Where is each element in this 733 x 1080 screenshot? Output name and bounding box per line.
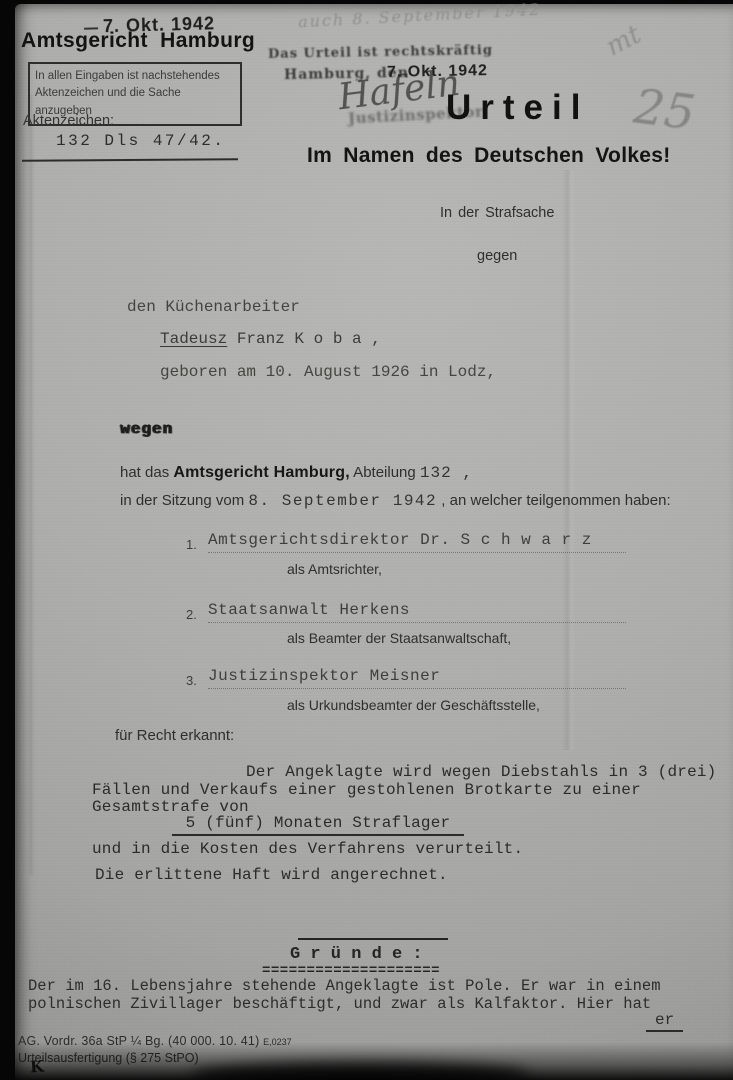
participant-3-role: als Urkundsbeamter der Geschäftsstelle, [287, 697, 540, 713]
court-dept-tail: , [452, 464, 473, 482]
verdict-line-1: Der Angeklagte wird wegen Diebstahls in … [246, 763, 716, 781]
participant-2-row: Staatsanwalt Herkens [208, 601, 626, 623]
verdict-haft-line: Die erlittene Haft wird angerechnet. [95, 866, 448, 884]
defendant-occupation: den Küchenarbeiter [127, 298, 300, 316]
file-number-label: Aktenzeichen: [23, 113, 114, 129]
court-name-heading: Amtsgericht Hamburg [21, 29, 255, 53]
court-session-line1: hat das Amtsgericht Hamburg, Abteilung 1… [120, 464, 473, 482]
participant-3-number: 3. [186, 673, 197, 688]
gruende-heading: G r ü n d e : [290, 945, 423, 964]
judgment-subtitle: Im Namen des Deutschen Volkes! [307, 144, 671, 168]
participant-2-name: Staatsanwalt Herkens [208, 601, 626, 623]
pencil-page-number: 25 [631, 78, 698, 141]
court-session-line2: in der Sitzung vom 8. September 1942 , a… [120, 492, 671, 510]
court-dept-label: Abteilung [350, 464, 420, 481]
participant-1-role: als Amtsrichter, [287, 561, 382, 577]
gegen-line: gegen [477, 248, 517, 264]
participant-1-row: Amtsgerichtsdirektor Dr. S c h w a r z [208, 531, 626, 553]
verdict-sentence-underlined: 5 (fünf) Monaten Straflager [172, 814, 464, 836]
participant-2-role: als Beamter der Staatsanwaltschaft, [287, 630, 511, 646]
judgment-title: Urteil [446, 88, 589, 128]
participant-2-number: 2. [186, 607, 197, 622]
defendant-rest-name: Franz K o b a , [227, 330, 381, 348]
fuer-recht-erkannt-line: für Recht erkannt: [115, 727, 234, 744]
reasons-line-1: Der im 16. Lebensjahre stehende Angeklag… [28, 977, 661, 995]
wegen-line: wegen [120, 420, 173, 438]
verdict-line-2: Fällen und Verkaufs einer gestohlenen Br… [92, 781, 641, 799]
paper-edge-line [30, 95, 32, 875]
participant-3-row: Justizinspektor Meisner [208, 667, 626, 689]
note-box-line1: In allen Eingaben ist nachstehendes [35, 70, 220, 82]
page-carryover-word: er [646, 1011, 683, 1032]
session-tail: , an welcher teilgenommen haben: [437, 492, 670, 509]
reasons-line-2: polnischen Zivillager beschäftigt, und z… [28, 995, 651, 1013]
session-date: 8. September 1942 [248, 492, 437, 510]
strafsache-line: In der Strafsache [440, 205, 554, 221]
participant-3-name: Justizinspektor Meisner [208, 667, 626, 689]
defendant-name: Tadeusz Franz K o b a , [160, 330, 381, 348]
participant-1-number: 1. [186, 537, 197, 552]
verdict-line-5: und in die Kosten des Verfahrens verurte… [92, 840, 523, 858]
paper-fold-line [562, 170, 576, 750]
participant-1-name: Amtsgerichtsdirektor Dr. S c h w a r z [208, 531, 626, 553]
file-number-value: 132 Dls 47/42. [56, 132, 225, 150]
defendant-first-name: Tadeusz [160, 330, 227, 348]
court-line-pre: hat das [120, 464, 173, 481]
section-divider-line [298, 938, 448, 940]
defendant-birth-line: geboren am 10. August 1926 in Lodz, [160, 363, 496, 381]
session-pre: in der Sitzung vom [120, 492, 248, 509]
court-dept-number: 132 [420, 464, 452, 482]
court-line-bold: Amtsgericht Hamburg, [173, 464, 349, 481]
